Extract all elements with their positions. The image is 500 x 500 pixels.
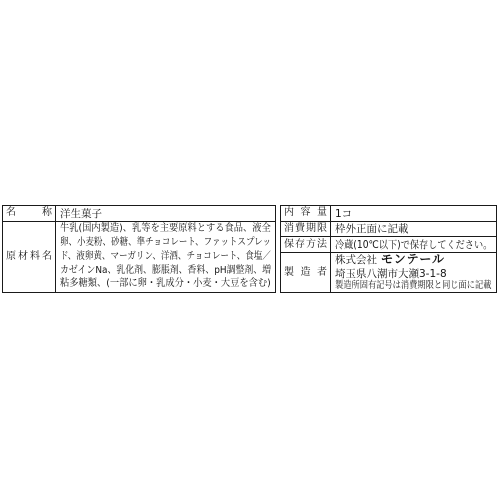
ingredients-header-label: 原材料名 xyxy=(6,252,52,262)
row-product-name: 名称 洋生菓子 xyxy=(3,206,275,221)
manufacturer-address: 埼玉県八潮市大瀬3-1-8 xyxy=(335,268,447,281)
row-manufacturer: 製造者 株式会社モンテール 埼玉県八潮市大瀬3-1-8 製造所固有記号は消費期限… xyxy=(281,252,496,292)
ingredients-line: 牛乳(国内製造)、乳等を主要原料とする食品、液全 xyxy=(60,222,271,236)
contents-header-cell: 内容量 xyxy=(281,206,331,221)
row-contents: 内容量 1コ xyxy=(281,206,496,221)
ingredients-line: カゼインNa、乳化剤、膨脹剤、香料、pH調整剤、増 xyxy=(60,264,271,278)
ingredients-header-cell: 原材料名 xyxy=(3,222,56,293)
row-expiry: 消費期限 枠外正面に記載 xyxy=(281,221,496,237)
row-storage: 保存方法 冷蔵(10℃以下)で保存してください。 xyxy=(281,236,496,252)
company-name-logo: モンテール xyxy=(381,253,445,266)
contents-header-label: 内容量 xyxy=(284,208,327,218)
manufacturer-header-label: 製造者 xyxy=(284,268,327,278)
ingredients-value-cell: 牛乳(国内製造)、乳等を主要原料とする食品、液全 卵、小麦粉、砂糖、準チョコレー… xyxy=(56,222,275,293)
product-name-value: 洋生菓子 xyxy=(60,206,102,221)
expiry-value: 枠外正面に記載 xyxy=(335,222,409,237)
left-info-table: 名称 洋生菓子 原材料名 牛乳(国内製造)、乳等を主要原料とする食品、液全 卵、… xyxy=(2,205,276,293)
product-label-scan: 名称 洋生菓子 原材料名 牛乳(国内製造)、乳等を主要原料とする食品、液全 卵、… xyxy=(0,0,500,500)
manufacturer-value-cell: 株式会社モンテール 埼玉県八潮市大瀬3-1-8 製造所固有記号は消費期限と同じ面… xyxy=(331,253,496,292)
row-ingredients: 原材料名 牛乳(国内製造)、乳等を主要原料とする食品、液全 卵、小麦粉、砂糖、準… xyxy=(3,221,275,293)
storage-header-label: 保存方法 xyxy=(284,240,327,250)
storage-value-cell: 冷蔵(10℃以下)で保存してください。 xyxy=(331,237,496,252)
storage-header-cell: 保存方法 xyxy=(281,237,331,252)
expiry-value-cell: 枠外正面に記載 xyxy=(331,222,496,237)
ingredients-line: 粘多糖類、(一部に卵・乳成分・小麦・大豆を含む) xyxy=(60,277,271,291)
contents-value: 1コ xyxy=(335,206,352,221)
expiry-header-cell: 消費期限 xyxy=(281,222,331,237)
company-prefix: 株式会社 xyxy=(335,254,377,266)
manufacturer-note: 製造所固有記号は消費期限と同じ面に記載 xyxy=(335,280,492,292)
product-name-value-cell: 洋生菓子 xyxy=(56,206,275,221)
ingredients-line: 卵、小麦粉、砂糖、準チョコレート、ファットスプレッ xyxy=(60,236,271,250)
manufacturer-header-cell: 製造者 xyxy=(281,253,331,292)
right-info-table: 内容量 1コ 消費期限 枠外正面に記載 保存方法 冷蔵(10℃以下)で保存してく… xyxy=(280,205,497,293)
ingredients-line: ド、液卵黄、マーガリン、洋酒、チョコレート、食塩／ xyxy=(60,250,271,264)
storage-value: 冷蔵(10℃以下)で保存してください。 xyxy=(335,237,492,252)
expiry-header-label: 消費期限 xyxy=(284,224,327,234)
contents-value-cell: 1コ xyxy=(331,206,496,221)
product-name-header-label: 名称 xyxy=(6,208,52,218)
product-name-header-cell: 名称 xyxy=(3,206,56,221)
manufacturer-company-line: 株式会社モンテール xyxy=(335,253,445,268)
